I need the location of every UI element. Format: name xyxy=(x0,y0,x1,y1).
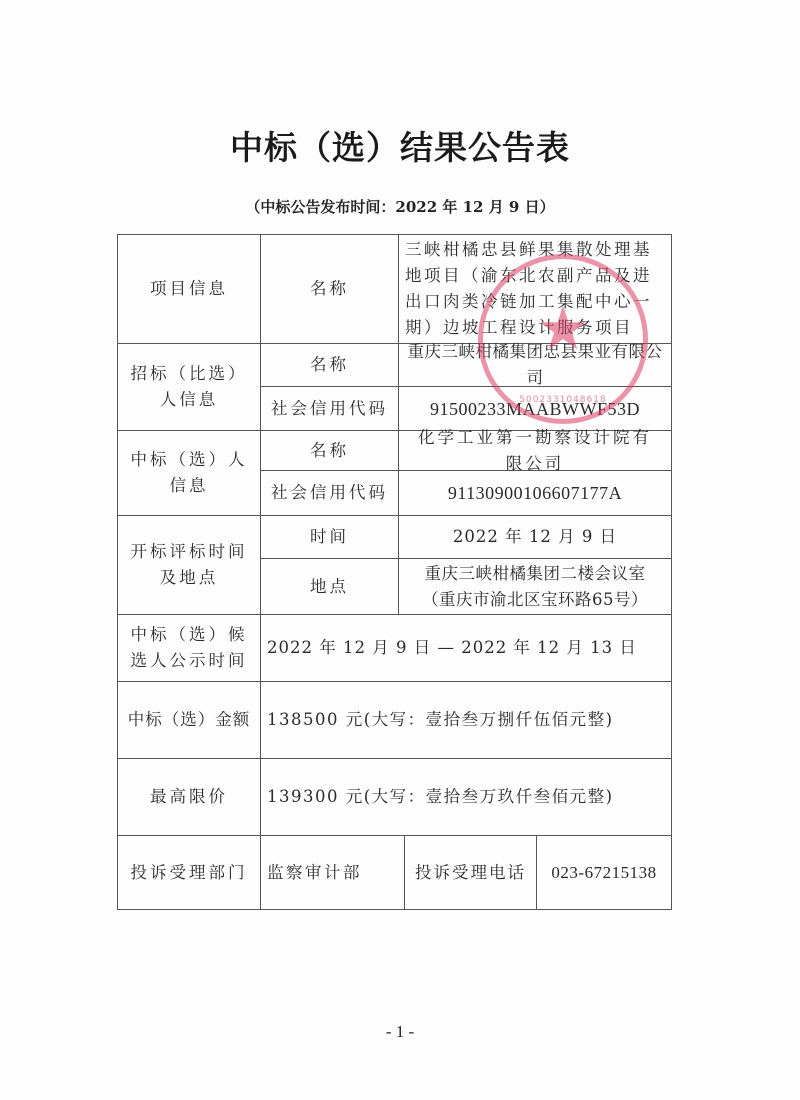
amount-value: 138500 元(大写：壹拾叁万捌仟伍佰元整) xyxy=(260,681,672,759)
max-price-value: 139300 元(大写：壹拾叁万玖仟叁佰元整) xyxy=(260,758,672,836)
complaint-dept-label: 投诉受理部门 xyxy=(117,835,261,910)
amount-label: 中标（选）金额 xyxy=(117,681,261,759)
publicity-value: 2022 年 12 月 9 日 — 2022 年 12 月 13 日 xyxy=(260,614,672,682)
project-name-value: 三峡柑橘忠县鲜果集散处理基地项目（渝东北农副产品及进出口肉类冷链加工集配中心一期… xyxy=(398,234,672,344)
tenderer-name-label: 名称 xyxy=(260,343,399,387)
tenderer-code-label: 社会信用代码 xyxy=(260,386,399,431)
opening-time-label: 时间 xyxy=(260,515,399,559)
complaint-dept-value: 监察审计部 xyxy=(260,835,405,910)
winner-code-value: 91130900106607177A xyxy=(398,470,672,516)
opening-place-label: 地点 xyxy=(260,558,399,615)
page-number: - 1 - xyxy=(0,1022,800,1042)
tenderer-info-label: 招标（比选）人信息 xyxy=(117,343,261,431)
winner-name-value: 化学工业第一勘察设计院有限公司 xyxy=(398,430,672,471)
complaint-phone-value: 023-67215138 xyxy=(536,835,672,910)
project-name-label: 名称 xyxy=(260,234,399,344)
publicity-label: 中标（选）候选人公示时间 xyxy=(117,614,261,682)
winner-code-label: 社会信用代码 xyxy=(260,470,399,516)
opening-label: 开标评标时间及地点 xyxy=(117,515,261,615)
result-table: 项目信息 名称 三峡柑橘忠县鲜果集散处理基地项目（渝东北农副产品及进出口肉类冷链… xyxy=(117,234,672,910)
publish-time: （中标公告发布时间：2022 年 12 月 9 日） xyxy=(0,196,800,217)
project-info-label: 项目信息 xyxy=(117,234,261,344)
complaint-phone-label: 投诉受理电话 xyxy=(404,835,537,910)
opening-time-value: 2022 年 12 月 9 日 xyxy=(398,515,672,559)
tenderer-name-value: 重庆三峡柑橘集团忠县果业有限公司 xyxy=(398,343,672,387)
page-title: 中标（选）结果公告表 xyxy=(0,122,800,169)
opening-place-value: 重庆三峡柑橘集团二楼会议室（重庆市渝北区宝环路65号） xyxy=(398,558,672,615)
winner-info-label: 中标（选）人信息 xyxy=(117,430,261,516)
winner-name-label: 名称 xyxy=(260,430,399,471)
max-price-label: 最高限价 xyxy=(117,758,261,836)
